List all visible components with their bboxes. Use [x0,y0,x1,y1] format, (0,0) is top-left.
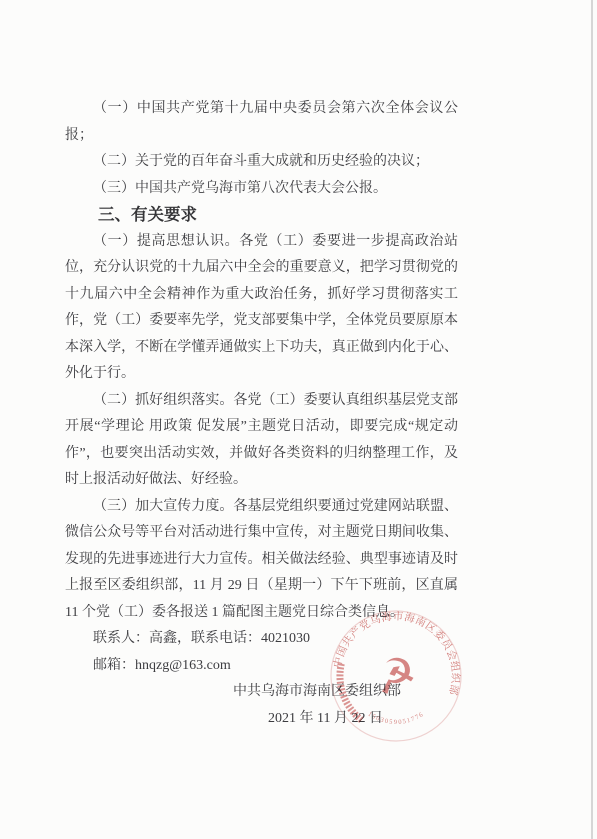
email-line: 邮箱：hnqzg@163.com [65,653,458,680]
contact-line: 联系人：高鑫，联系电话：4021030 [65,626,458,653]
list-item: （二）关于党的百年奋斗重大成就和历史经验的决议； [65,149,458,176]
signature-date: 2021 年 11 月 22 日 [268,706,458,733]
list-item: （三）中国共产党乌海市第八次代表大会公报。 [65,176,458,203]
body-paragraph: （三）加大宣传力度。各基层党组织要通过党建网站联盟、微信公众号等平台对活动进行集… [65,494,458,627]
body-paragraph: （一）提高思想认识。各党（工）委要进一步提高政治站位，充分认识党的十九届六中全会… [65,229,458,388]
scan-edge-line [591,0,593,839]
list-item: （一）中国共产党第十九届中央委员会第六次全体会议公报； [65,96,458,149]
scanned-document-page: （一）中国共产党第十九届中央委员会第六次全体会议公报； （二）关于党的百年奋斗重… [0,0,597,839]
document-body: （一）中国共产党第十九届中央委员会第六次全体会议公报； （二）关于党的百年奋斗重… [65,96,458,732]
body-paragraph: （二）抓好组织落实。各党（工）委要认真组织基层党支部开展“学理论 用政策 促发展… [65,388,458,494]
section-heading: 三、有关要求 [65,202,458,229]
signature-department: 中共乌海市海南区委组织部 [233,679,458,706]
